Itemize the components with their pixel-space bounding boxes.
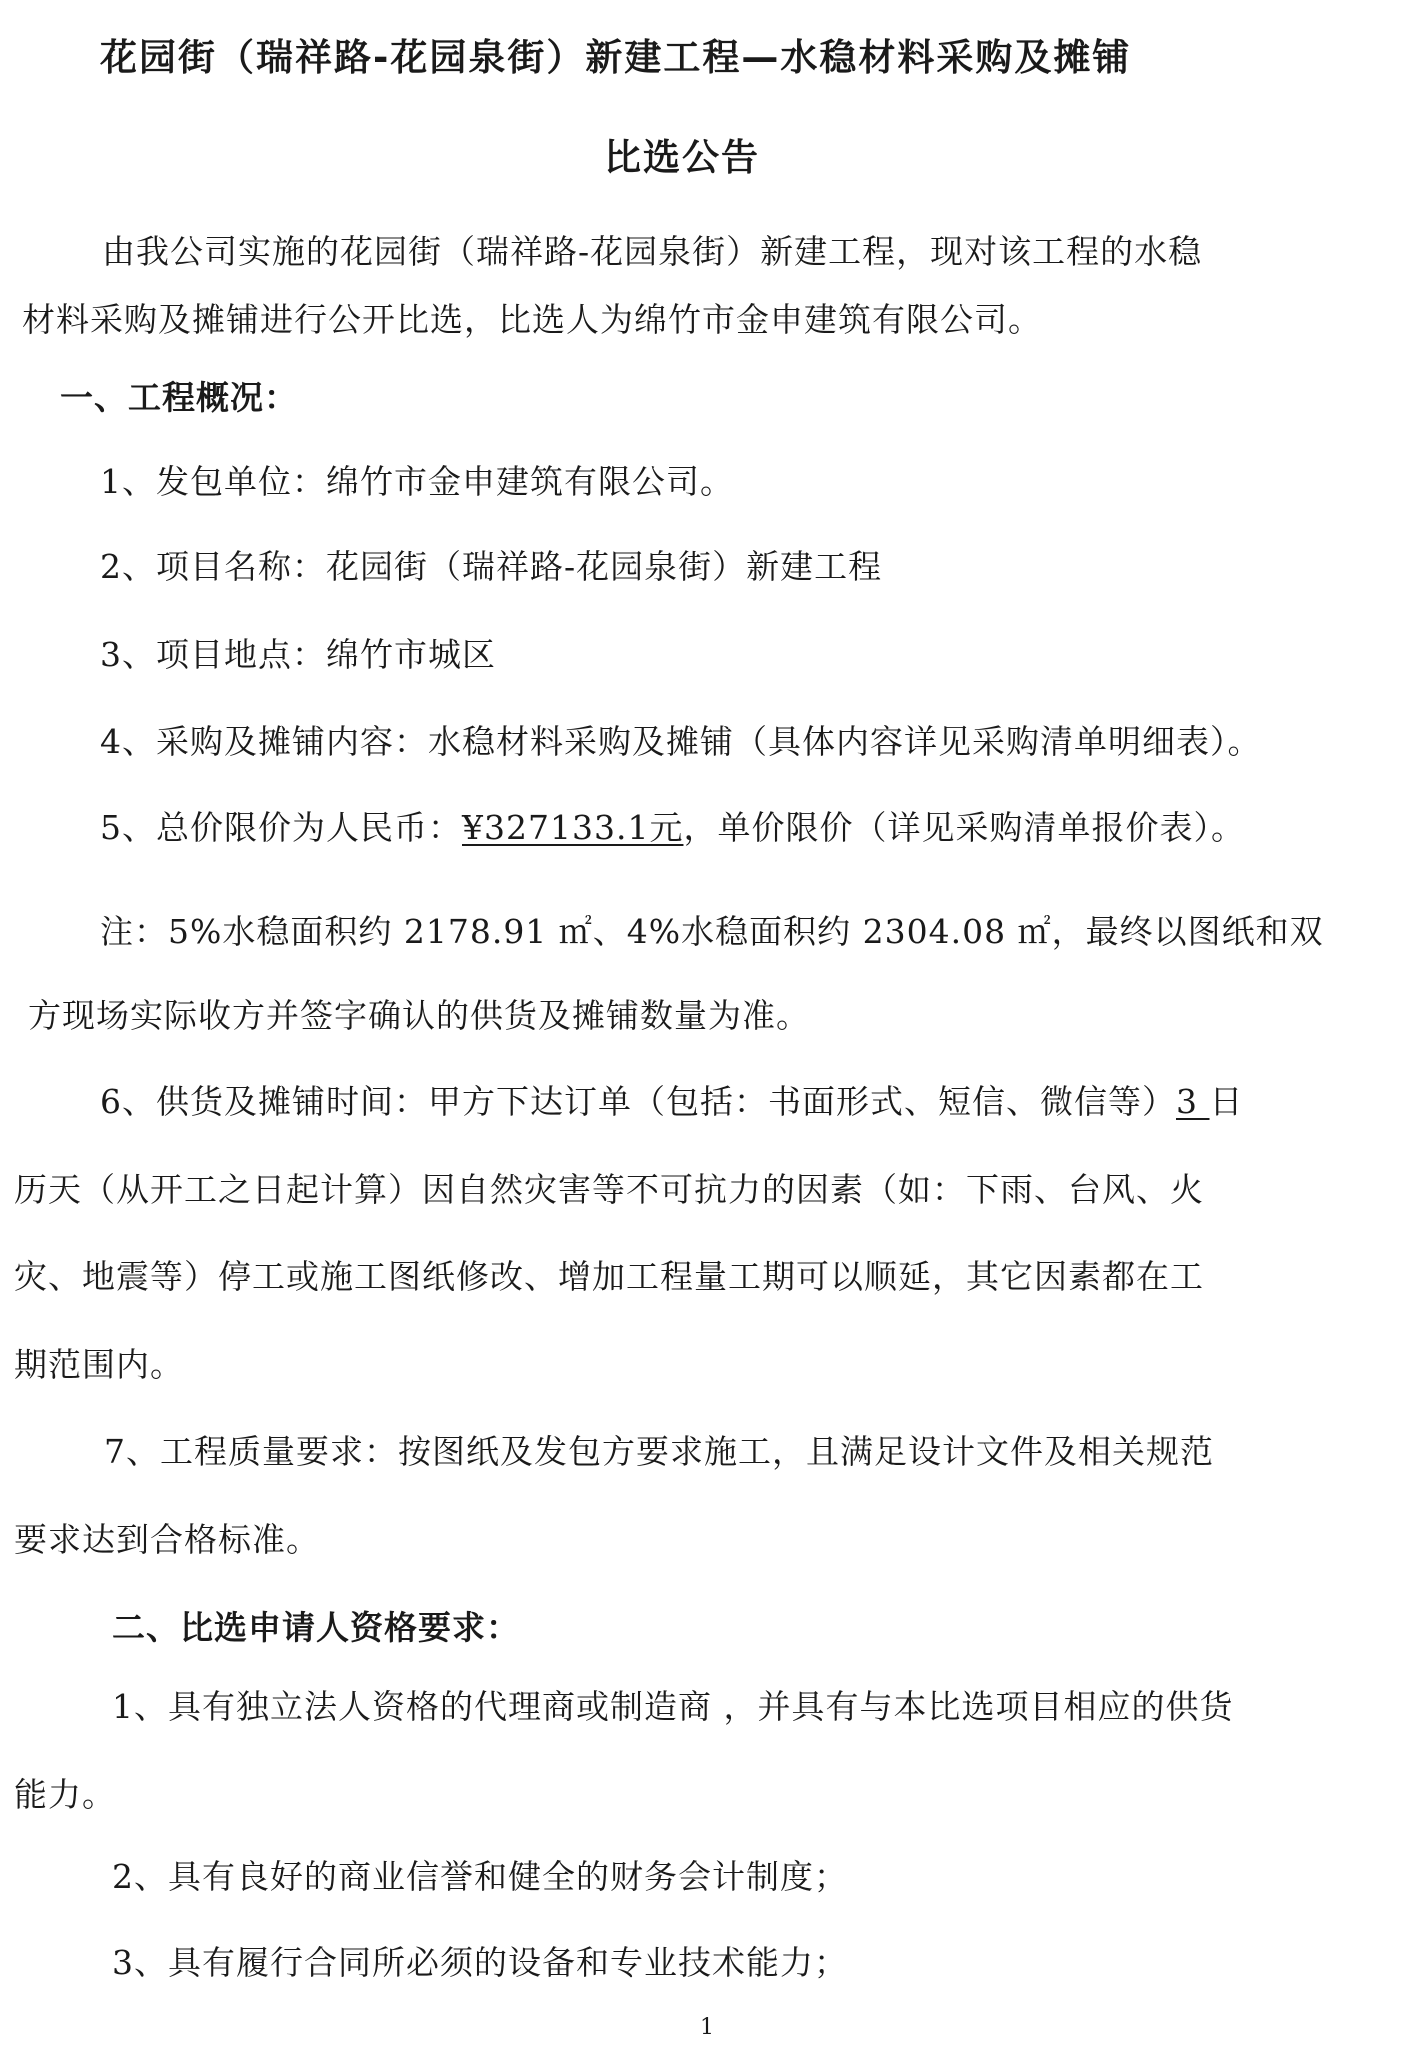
section1-item6-line1: 6、供货及摊铺时间：甲方下达订单（包括：书面形式、短信、微信等）3 日 bbox=[100, 1082, 1244, 1122]
document-page: 花园街（瑞祥路-花园泉街）新建工程—水稳材料采购及摊铺 比选公告 由我公司实施的… bbox=[0, 0, 1418, 2061]
note-line1: 注：5%水稳面积约 2178.91 ㎡、4%水稳面积约 2304.08 ㎡，最终… bbox=[100, 912, 1324, 952]
page-number: 1 bbox=[700, 2015, 714, 2041]
section2-item2: 2、具有良好的商业信誉和健全的财务会计制度； bbox=[112, 1857, 848, 1897]
section2-heading: 二、比选申请人资格要求： bbox=[112, 1608, 520, 1648]
section2-item3: 3、具有履行合同所必须的设备和专业技术能力； bbox=[112, 1943, 848, 1983]
section1-item2: 2、项目名称：花园街（瑞祥路-花园泉街）新建工程 bbox=[100, 547, 882, 587]
section1-item6-line2: 历天（从开工之日起计算）因自然灾害等不可抗力的因素（如：下雨、台风、火 bbox=[14, 1170, 1204, 1210]
intro-paragraph-line2: 材料采购及摊铺进行公开比选，比选人为绵竹市金申建筑有限公司。 bbox=[22, 300, 1042, 340]
delivery-days: 3 bbox=[1176, 1082, 1210, 1121]
section1-item7-line2: 要求达到合格标准。 bbox=[14, 1520, 320, 1560]
document-title-line1: 花园街（瑞祥路-花园泉街）新建工程—水稳材料采购及摊铺 bbox=[100, 38, 1131, 78]
section2-item1-line2: 能力。 bbox=[14, 1775, 116, 1815]
intro-paragraph-line1: 由我公司实施的花园街（瑞祥路-花园泉街）新建工程，现对该工程的水稳 bbox=[102, 232, 1202, 272]
item5-prefix: 5、总价限价为人民币： bbox=[100, 808, 462, 847]
section1-item3: 3、项目地点：绵竹市城区 bbox=[100, 635, 496, 675]
section1-heading: 一、工程概况： bbox=[60, 378, 298, 418]
section1-item4: 4、采购及摊铺内容：水稳材料采购及摊铺（具体内容详见采购清单明细表）。 bbox=[100, 722, 1262, 762]
price-limit-amount: ¥327133.1元 bbox=[462, 808, 683, 847]
section1-item6-line4: 期范围内。 bbox=[14, 1345, 184, 1385]
section1-item1: 1、发包单位：绵竹市金申建筑有限公司。 bbox=[100, 462, 734, 502]
section2-item1-line1: 1、具有独立法人资格的代理商或制造商 ，并具有与本比选项目相应的供货 bbox=[112, 1687, 1234, 1727]
document-title-line2: 比选公告 bbox=[604, 138, 760, 178]
section1-item5: 5、总价限价为人民币：¥327133.1元，单价限价（详见采购清单报价表）。 bbox=[100, 808, 1245, 848]
item5-suffix: ，单价限价（详见采购清单报价表）。 bbox=[683, 808, 1245, 847]
item6-suffix: 日 bbox=[1210, 1082, 1244, 1121]
item6-prefix: 6、供货及摊铺时间：甲方下达订单（包括：书面形式、短信、微信等） bbox=[100, 1082, 1176, 1121]
section1-item7-line1: 7、工程质量要求：按图纸及发包方要求施工，且满足设计文件及相关规范 bbox=[104, 1432, 1214, 1472]
note-line2: 方现场实际收方并签字确认的供货及摊铺数量为准。 bbox=[28, 996, 810, 1036]
section1-item6-line3: 灾、地震等）停工或施工图纸修改、增加工程量工期可以顺延，其它因素都在工 bbox=[14, 1257, 1204, 1297]
